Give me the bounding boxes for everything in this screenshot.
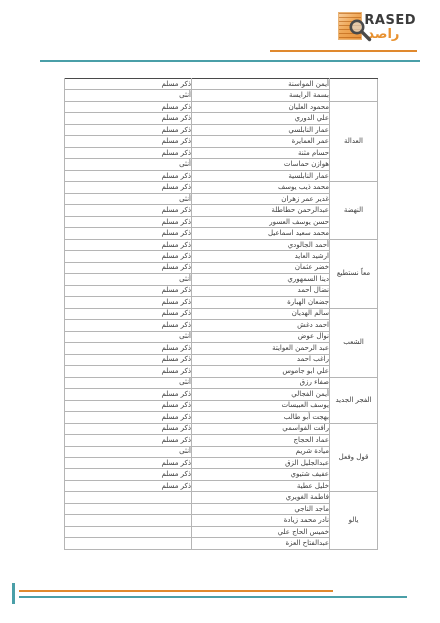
list-name-cell [330,79,378,102]
table-row: العدالةمحمود العليانذكر مسلم [65,101,378,112]
candidate-name-cell: محمد سعيد اسماعيل [192,228,330,239]
table-row: يالوفاطمة الغويري [65,492,378,503]
list-name-cell: يالو [330,492,378,550]
candidate-name-cell: عمار النابلسية [192,170,330,181]
gender-religion-cell: ذكر مسلم [65,389,192,400]
candidate-name-cell: خليل عطية [192,480,330,491]
gender-religion-cell: ذكر مسلم [65,400,192,411]
candidate-name-cell: جضعان الهبارة [192,297,330,308]
candidate-name-cell: رأفت الفواسمي [192,423,330,434]
candidate-name-cell: بهجت أبو طالب [192,412,330,423]
gender-religion-cell: ذكر مسلم [65,239,192,250]
footer-accent-bar [12,583,15,604]
candidate-name-cell: نادر محمد زيادة [192,515,330,526]
magnifier-icon [348,18,374,44]
gender-religion-cell: ذكر مسلم [65,285,192,296]
rased-logo: RASED راصد [338,12,416,41]
gender-religion-cell: أنثى [65,377,192,388]
table-row: الفجر الجديدصفاء رزقأنثى [65,377,378,388]
gender-religion-cell: ذكر مسلم [65,469,192,480]
candidate-name-cell: عبد الرحمن العوايتة [192,343,330,354]
candidate-name-cell: أيمن الفجالي [192,389,330,400]
candidates-table-wrap: أيمن المواسنةذكر مسلمبسمة الرايسةأنثىالع… [65,78,378,550]
list-name-cell: معاً نستطيع [330,239,378,308]
gender-religion-cell: أنثى [65,90,192,101]
logo-ledger-square [338,12,362,40]
candidates-table-body: أيمن المواسنةذكر مسلمبسمة الرايسةأنثىالع… [65,79,378,550]
gender-religion-cell: ذكر مسلم [65,228,192,239]
list-name-cell: الشعب [330,308,378,377]
gender-religion-cell: أنثى [65,193,192,204]
gender-religion-cell: ذكر مسلم [65,101,192,112]
gender-religion-cell: ذكر مسلم [65,182,192,193]
gender-religion-cell: ذكر مسلم [65,216,192,227]
gender-religion-cell: ذكر مسلم [65,366,192,377]
gender-religion-cell: ذكر مسلم [65,136,192,147]
gender-religion-cell: ذكر مسلم [65,435,192,446]
gender-religion-cell: أنثى [65,331,192,342]
candidate-name-cell: غدير عمر زهران [192,193,330,204]
candidate-name-cell: عبدالجليل الزق [192,457,330,468]
gender-religion-cell: أنثى [65,274,192,285]
gender-religion-cell [65,515,192,526]
gender-religion-cell: ذكر مسلم [65,354,192,365]
candidate-name-cell: حسام مثنة [192,147,330,158]
gender-religion-cell: ذكر مسلم [65,423,192,434]
candidate-name-cell: عبدالفتاح العزة [192,538,330,550]
gender-religion-cell: ذكر مسلم [65,412,192,423]
candidate-name-cell: علي ابو جاموس [192,366,330,377]
header-rule-orange [270,50,417,52]
gender-religion-cell: ذكر مسلم [65,457,192,468]
candidate-name-cell: ارشيد العايد [192,251,330,262]
gender-religion-cell: ذكر مسلم [65,297,192,308]
gender-religion-cell [65,526,192,537]
candidate-name-cell: ماجد الناجي [192,503,330,514]
gender-religion-cell [65,492,192,503]
candidate-name-cell: أيمن المواسنة [192,79,330,90]
candidates-table: أيمن المواسنةذكر مسلمبسمة الرايسةأنثىالع… [64,78,378,550]
candidate-name-cell: خضر عثمان [192,262,330,273]
list-name-cell: النهضة [330,182,378,239]
candidate-name-cell: نضال أحمد [192,285,330,296]
candidate-name-cell: فاطمة الغويري [192,492,330,503]
gender-religion-cell: ذكر مسلم [65,113,192,124]
candidate-name-cell: خميس الحاج علي [192,526,330,537]
candidate-name-cell: هوازن حماسات [192,159,330,170]
gender-religion-cell: ذكر مسلم [65,170,192,181]
candidate-name-cell: احمد دغش [192,320,330,331]
table-row: أيمن المواسنةذكر مسلم [65,79,378,90]
gender-religion-cell: أنثى [65,159,192,170]
candidate-name-cell: دينا السمهوري [192,274,330,285]
footer-rule-teal [19,596,407,598]
gender-religion-cell: ذكر مسلم [65,147,192,158]
gender-religion-cell [65,538,192,550]
candidate-name-cell: راغب احمد [192,354,330,365]
candidate-name-cell: علي الدوري [192,113,330,124]
gender-religion-cell: ذكر مسلم [65,251,192,262]
gender-religion-cell [65,503,192,514]
candidate-name-cell: بسمة الرايسة [192,90,330,101]
candidate-name-cell: محمود العليان [192,101,330,112]
candidate-name-cell: عفيف شتيوي [192,469,330,480]
gender-religion-cell: ذكر مسلم [65,79,192,90]
header-rule-teal [40,60,420,62]
candidate-name-cell: ميادة شريم [192,446,330,457]
report-page: RASED راصد أيمن المواسنةذكر مسلمبسمة الر… [0,0,440,623]
list-name-cell: قول وفعل [330,423,378,492]
candidate-name-cell: نوال عوض [192,331,330,342]
candidate-name-cell: عمر العمايرة [192,136,330,147]
table-row: الشعبسالم الهديانذكر مسلم [65,308,378,319]
table-row: معاً نستطيعأحمد الجالوديذكر مسلم [65,239,378,250]
candidate-name-cell: عماد الحجاج [192,435,330,446]
gender-religion-cell: ذكر مسلم [65,308,192,319]
gender-religion-cell: ذكر مسلم [65,480,192,491]
gender-religion-cell: ذكر مسلم [65,320,192,331]
candidate-name-cell: سالم الهديان [192,308,330,319]
candidate-name-cell: حسن يوسف العسور [192,216,330,227]
table-row: النهضةمحمد ذيب يوسفذكر مسلم [65,182,378,193]
candidate-name-cell: يوسف العبيسات [192,400,330,411]
list-name-cell: الفجر الجديد [330,377,378,423]
gender-religion-cell: ذكر مسلم [65,124,192,135]
candidate-name-cell: عبدالرحمن حطاطلة [192,205,330,216]
candidate-name-cell: عمار النابلسي [192,124,330,135]
gender-religion-cell: ذكر مسلم [65,205,192,216]
candidate-name-cell: صفاء رزق [192,377,330,388]
gender-religion-cell: ذكر مسلم [65,262,192,273]
candidate-name-cell: أحمد الجالودي [192,239,330,250]
table-row: قول وفعلرأفت الفواسميذكر مسلم [65,423,378,434]
gender-religion-cell: أنثى [65,446,192,457]
footer-rule-orange [19,590,333,592]
list-name-cell: العدالة [330,101,378,181]
gender-religion-cell: ذكر مسلم [65,343,192,354]
candidate-name-cell: محمد ذيب يوسف [192,182,330,193]
